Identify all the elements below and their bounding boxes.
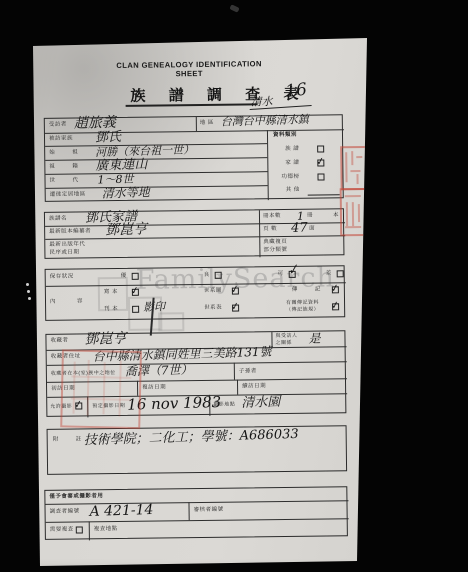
- biography-checkbox: [332, 286, 339, 293]
- survey-table: 受訪者 趙旅義 地 區 台灣台中縣清水鎮 被訪家族 鄧氏 始 祖 河勝（來台祖一…: [44, 114, 344, 202]
- film-dot: [26, 283, 29, 286]
- compiler-value: 鄧崑亨: [105, 222, 147, 237]
- category-item-label: 其 他: [286, 188, 300, 194]
- bio-material-label-2: （傳記族規）: [286, 308, 319, 313]
- print-note-value: 影印: [143, 301, 165, 313]
- volumes-label: 冊本數: [263, 214, 281, 220]
- film-note-underline: [250, 105, 312, 110]
- condition-option-label: 良: [204, 273, 210, 279]
- category-checkbox-zupu: [317, 145, 324, 152]
- film-dot: [28, 297, 31, 300]
- origin-label: 祖 籍: [49, 164, 86, 170]
- manuscript-checkbox: [132, 289, 139, 296]
- red-seal-stamp-upper: [340, 146, 368, 190]
- surveyor-no-value: A 421-14: [89, 503, 153, 519]
- print-checkbox: [132, 306, 139, 313]
- category-item-label: 族 譜: [285, 147, 299, 153]
- collector-address-label: 收藏者住址: [51, 354, 81, 360]
- recheck-label: 需要複查: [50, 528, 74, 534]
- permission-checkbox: [75, 402, 82, 409]
- relation-value: 是: [308, 332, 320, 344]
- red-square-stamp: [60, 349, 142, 429]
- manuscript-label: 寫 本: [104, 290, 118, 296]
- condition-table: 保存狀況 優 良 可 ✓ 差 內 容 寫 本 刊 本 影印 世系圖 世系表 傳 …: [45, 265, 346, 321]
- catalog-label-1: 典藏複頁: [263, 240, 287, 246]
- familysearch-watermark: FamilySearch: [136, 262, 335, 295]
- generations-label: 世 代: [50, 178, 87, 184]
- migration-value: 清水等地: [102, 186, 150, 199]
- film-note-number: 16: [285, 82, 308, 101]
- lineage-chart-checkbox: [232, 288, 239, 295]
- pages-unit: 面: [309, 227, 315, 233]
- condition-option-label: 優: [121, 274, 127, 280]
- area-label: 地 區: [200, 121, 214, 127]
- interviewee-value: 趙旅義: [74, 116, 116, 131]
- third-visit-label: 續訪日期: [242, 384, 266, 390]
- film-note-place: 清水: [250, 96, 272, 108]
- relation-label-2: 之關係: [276, 341, 293, 346]
- form-title-chinese: 族 譜 調 查 表: [130, 83, 307, 106]
- biography-label: 傳 記: [292, 287, 327, 293]
- condition-checkbox-poor: [337, 270, 344, 277]
- permission-label: 允許攝影: [50, 405, 72, 410]
- content-label: 內 容: [50, 299, 91, 305]
- recheck-checkbox: [76, 526, 83, 533]
- pages-label: 頁 數: [263, 227, 277, 233]
- notes-value: 技術學院；二化工；學號：A686033: [84, 428, 299, 447]
- volumes-unit1: 冊: [307, 214, 313, 220]
- film-place-value: 清水園: [241, 396, 280, 410]
- notes-label: 附 註: [53, 437, 88, 443]
- volumes-value: 1: [297, 211, 304, 222]
- volumes-unit2: 本: [333, 213, 339, 219]
- condition-label: 保存狀況: [50, 275, 74, 281]
- lineage-chart-label: 世系圖: [204, 289, 222, 295]
- generations-value: 1～8世: [97, 173, 133, 185]
- migration-label: 遷徙定居地區: [50, 192, 86, 198]
- area-value: 台灣台中縣清水鎮: [221, 114, 309, 128]
- condition-checkbox-good: [215, 272, 222, 279]
- bleedthrough-box: [158, 312, 184, 331]
- category-item-label: 家 譜: [285, 161, 299, 167]
- collector-name-label: 收藏者: [50, 339, 68, 345]
- other-blank-line: [308, 194, 340, 196]
- pub-year-label-2: 民序或日期: [49, 250, 79, 256]
- recheck-place-label: 複查地點: [94, 527, 118, 533]
- print-label: 刊 本: [104, 307, 118, 313]
- notes-box: 附 註 技術學院；二化工；學號：A686033: [47, 425, 348, 475]
- first-visit-label: 初訪日期: [51, 387, 75, 393]
- interviewee-label: 受訪者: [49, 123, 67, 129]
- category-title: 資料類別: [273, 133, 297, 139]
- category-item-label: 功德榜: [281, 175, 299, 181]
- red-seal-stamp-lower: [340, 188, 368, 236]
- title-underline: [126, 103, 258, 106]
- category-checkbox-gongdebang: [317, 173, 324, 180]
- collector-position-value: 喬澤（7世）: [125, 364, 193, 378]
- pen-stroke: [150, 298, 154, 336]
- condition-option-label: 可: [278, 272, 284, 278]
- founder-label: 始 祖: [49, 150, 86, 156]
- office-use-box: 僅予會審或攝影者用 調查者編號 A 421-14 審核者編號 需要複查 複查地點: [44, 486, 348, 540]
- bleedthrough-box: [128, 296, 162, 330]
- bio-material-checkbox: [332, 303, 339, 310]
- collector-name-value: 鄧崑亨: [84, 332, 126, 347]
- collector-address-value: 台中縣清水鎮同姓里三美路131號: [93, 346, 272, 363]
- film-dot: [27, 290, 30, 293]
- second-visit-label: 複訪日期: [142, 385, 166, 391]
- collector-table: 收藏者 鄧崑亨 與受訪人 之關係 是 收藏者住址 台中縣清水鎮同姓里三美路131…: [45, 330, 346, 417]
- book-table: 族譜名 鄧氏家譜 冊本數 1 冊 本 最新版本編纂者 鄧崑亨 頁 數 47 面 …: [44, 208, 345, 259]
- relation-label-1: 與受訪人: [275, 334, 297, 339]
- bio-material-label-1: 有關傳記資料: [286, 301, 319, 306]
- category-checkbox-jiapu: [317, 159, 324, 166]
- condition-fair-tick: ✓: [286, 263, 300, 278]
- lineage-table-checkbox: [232, 305, 239, 312]
- condition-checkbox-excellent: [132, 273, 139, 280]
- clan-label: 被訪家族: [49, 137, 73, 143]
- bleedthrough-box: [98, 277, 128, 311]
- surveyor-no-label: 調查者編號: [50, 509, 80, 515]
- book-title-value: 鄧氏家譜: [85, 210, 137, 225]
- form-title-english: CLAN GENEALOGY IDENTIFICATION SHEET: [111, 59, 267, 79]
- book-title-label: 族譜名: [49, 217, 67, 223]
- compiler-label: 最新版本編纂者: [49, 229, 91, 235]
- clan-value: 鄧氏: [95, 131, 121, 145]
- reviewer-no-label: 審核者編號: [194, 508, 224, 514]
- film-date-value: 16 nov 1983: [127, 395, 221, 413]
- film-date-label: 預定攝影日期: [92, 404, 125, 409]
- scanned-paper: CLAN GENEALOGY IDENTIFICATION SHEET 族 譜 …: [0, 0, 468, 572]
- condition-option-label: 差: [326, 271, 332, 277]
- film-place-label: 攝影地點: [213, 403, 235, 408]
- condition-checkbox-fair: [289, 271, 296, 278]
- film-smudge: [229, 4, 239, 12]
- founder-value: 河勝（來台祖一世）: [95, 144, 194, 158]
- lineage-table-label: 世系表: [204, 306, 222, 312]
- origin-value: 廣東連山: [95, 158, 147, 173]
- microfilm-frame: CLAN GENEALOGY IDENTIFICATION SHEET 族 譜 …: [0, 0, 468, 572]
- catalog-label-2: 部分類號: [263, 248, 287, 254]
- pages-value: 47: [291, 222, 308, 235]
- office-header: 僅予會審或攝影者用: [49, 494, 103, 500]
- collector-position-label: 收藏者在本(家)族中之地位: [51, 371, 116, 377]
- pub-year-label-1: 最新出版年代: [49, 242, 85, 248]
- descendant-label: 子孫者: [239, 369, 257, 375]
